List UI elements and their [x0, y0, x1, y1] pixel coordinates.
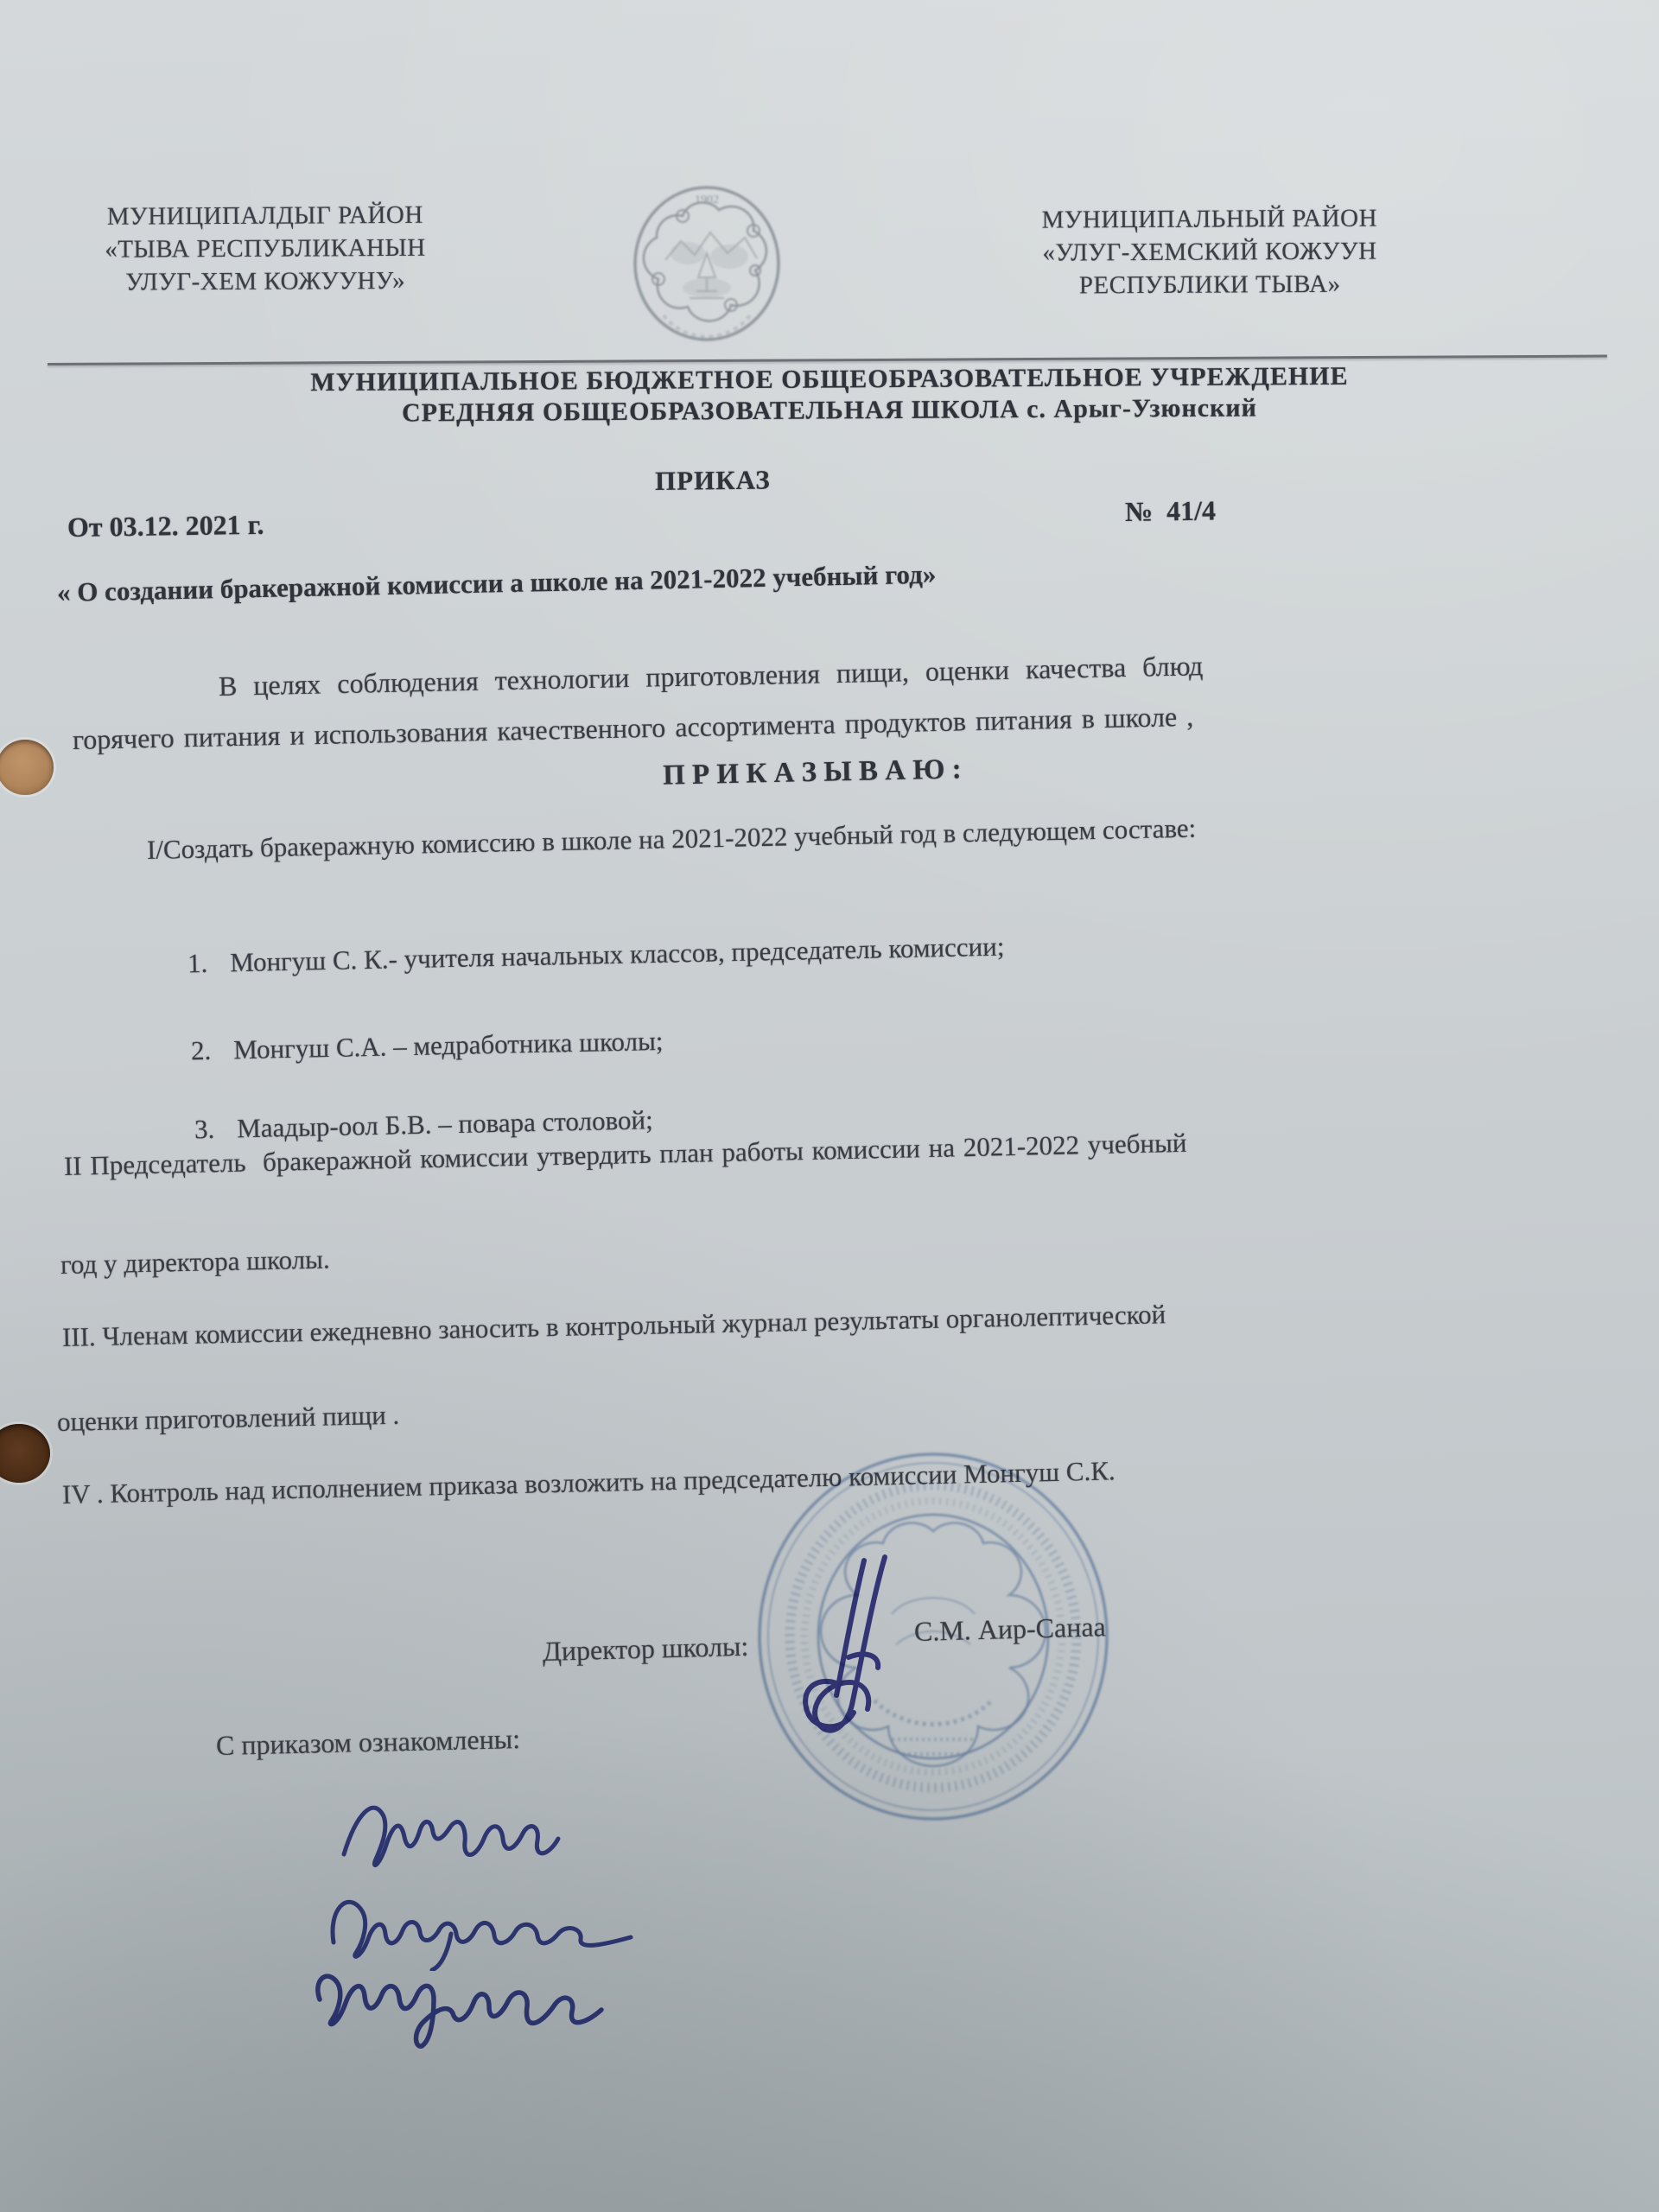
director-label: Директор школы: [543, 1630, 749, 1668]
school-crest-emblem-icon: 1902 [629, 177, 785, 350]
order-number: № 41/4 [1125, 495, 1217, 528]
member-signature-1 [335, 1778, 577, 1882]
member-3-text: Маадыр-оол Б.В. – повара столовой; [237, 1104, 653, 1143]
resolution-title: П Р И К А З Ы В А Ю : [484, 750, 1141, 796]
org-left-line2: «ТЫВА РЕСПУБЛИКАНЫН [62, 232, 468, 266]
order-item-3-line1: III. Членам комиссии ежедневно заносить … [62, 1299, 1166, 1353]
punch-hole-top [0, 740, 54, 795]
org-left-line1: МУНИЦИПАЛДЫГ РАЙОН [62, 199, 468, 233]
order-item-1: I/Создать бракеражную комиссию в школе н… [147, 813, 1197, 866]
member-1-text: Монгуш С. К.- учителя начальных классов,… [230, 931, 1005, 978]
org-left-line3: УЛУГ-ХЕМ КОЖУУНУ» [62, 264, 468, 299]
emblem-year-label: 1902 [695, 194, 719, 207]
member-row-1: 1.Монгуш С. К.- учителя начальных классо… [160, 900, 1006, 1011]
org-name-right: МУНИЦИПАЛЬНЫЙ РАЙОН «УЛУГ-ХЕМСКИЙ КОЖУУН… [981, 201, 1440, 302]
member-2-number: 2. [191, 1035, 212, 1065]
member-3-number: 3. [194, 1114, 215, 1144]
scanned-order-document: МУНИЦИПАЛДЫГ РАЙОН «ТЫВА РЕСПУБЛИКАНЫН У… [0, 0, 1659, 2212]
order-subject: « О создании бракеражной комиссии а школ… [57, 559, 937, 608]
member-1-number: 1. [188, 948, 208, 978]
preamble-line2: горячего питания и использования качеств… [73, 701, 1194, 756]
doc-type-title: ПРИКАЗ [655, 465, 771, 497]
org-right-line3: РЕСПУБЛИКИ ТЫВА» [981, 267, 1439, 302]
order-item-3-line2: оценки приготовлений пищи . [57, 1400, 400, 1438]
director-signature [797, 1554, 909, 1748]
order-item-2-line2: год у директора школы. [60, 1243, 330, 1281]
org-right-line2: «УЛУГ-ХЕМСКИЙ КОЖУУН [981, 234, 1439, 270]
punch-hole-bottom [0, 1424, 50, 1483]
order-date: От 03.12. 2021 г. [67, 509, 264, 543]
member-signature-3 [311, 1946, 622, 2054]
director-name: С.М. Аир-Санаа [914, 1611, 1107, 1648]
preamble-line1: В целях соблюдения технологии приготовле… [219, 650, 1204, 702]
member-2-text: Монгуш С.А. – медработника школы; [233, 1026, 664, 1065]
acknowledgement-label: С приказом ознакомлены: [216, 1723, 521, 1762]
org-right-line1: МУНИЦИПАЛЬНЫЙ РАЙОН [981, 201, 1439, 237]
org-name-left: МУНИЦИПАЛДЫГ РАЙОН «ТЫВА РЕСПУБЛИКАНЫН У… [62, 199, 469, 299]
